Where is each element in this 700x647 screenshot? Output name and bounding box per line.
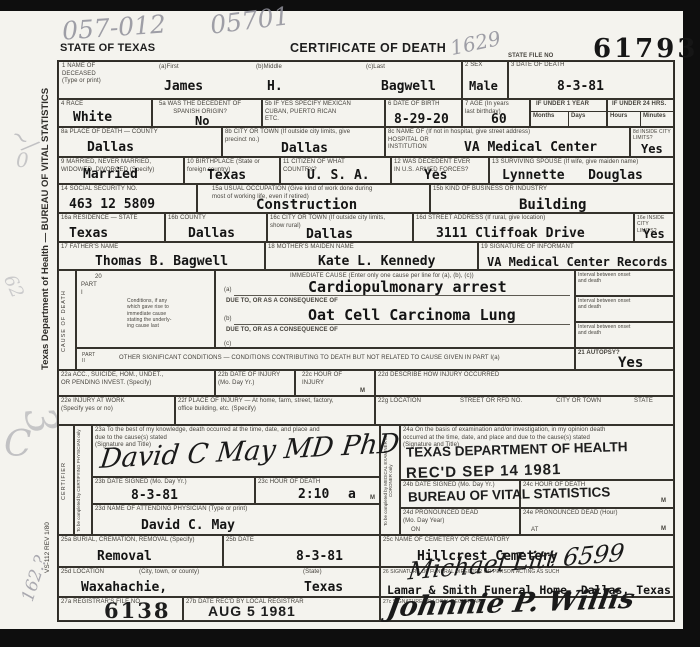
value-middle-name: H.: [267, 79, 283, 94]
field-label: 6 DATE OF BIRTH: [386, 100, 440, 109]
cause-of-death-vertical-label: CAUSE OF DEATH: [61, 275, 73, 367]
line-b-tag: (b): [222, 315, 232, 324]
value-death-city: Dallas: [281, 141, 328, 156]
field-label: 2 SEX: [463, 61, 483, 70]
field-label-days: Days: [568, 112, 606, 126]
field-birthplace: 10 BIRTHPLACE (State or foreign country)…: [184, 157, 280, 184]
value-street-address: 3111 Cliffoak Drive: [436, 226, 585, 241]
field-label-street: STREET OR RFD NO.: [458, 397, 522, 406]
certifying-physician-note: To be completed by CERTIFYING PHYSICIAN …: [76, 428, 91, 534]
field-disposition-date: 25b DATE 8-3-81: [223, 535, 380, 567]
field-label: 22g LOCATION: [376, 397, 421, 406]
part2-cell: PART II OTHER SIGNIFICANT CONDITIONS — C…: [76, 348, 575, 370]
field-label: 8d INSIDE CITY LIMITS?: [631, 128, 671, 142]
field-spanish-origin: 5a WAS THE DECEDENT OF SPANISH ORIGIN? N…: [152, 99, 262, 127]
pencil-annotation: C: [4, 424, 32, 465]
field-label: 23b DATE SIGNED (Mo. Day Yr.): [93, 478, 187, 487]
value-armed-forces: Yes: [424, 168, 447, 183]
cause-line: [234, 295, 570, 296]
field-label: 22b DATE OF INJURY (Mo. Day Yr.): [216, 371, 280, 387]
field-label: 18 MOTHER'S MAIDEN NAME: [266, 243, 354, 252]
field-label: 21 AUTOPSY?: [576, 349, 620, 358]
value-am-pm: a: [348, 487, 356, 502]
field-social-security-no: 14 SOCIAL SECURITY NO. 463 12 5809: [58, 184, 197, 213]
field-injury-at-work: 22e INJURY AT WORK (Specify yes or no): [58, 396, 175, 425]
field-label-state: STATE: [632, 397, 653, 406]
field-label: 25d LOCATION: [59, 568, 104, 577]
value-birthplace: Texas: [207, 168, 246, 183]
interval-cell-b: Interval between onset and death: [575, 296, 674, 322]
certifier-side-strip: CERTIFIER: [58, 425, 74, 535]
field-age: 7 AGE (In years last birthday) 60: [462, 99, 530, 127]
value-underlying-cause: Oat Cell Carcinoma Lung: [308, 306, 516, 324]
cause-line: [234, 324, 570, 325]
value-hospital: VA Medical Center: [464, 140, 597, 155]
interval-label: Interval between onset and death: [576, 297, 631, 311]
field-residence-city: 16c CITY OR TOWN (If outside city limits…: [267, 213, 413, 242]
field-usual-occupation: 15a USUAL OCCUPATION (Give kind of work …: [197, 184, 430, 213]
value-immediate-cause: Cardiopulmonary arrest: [308, 278, 507, 296]
field-label: 1 NAME OF DECEASED (Type or print): [60, 62, 101, 86]
pencil-annotation: 1629: [448, 26, 503, 60]
pencil-annotation: 62: [0, 272, 28, 302]
value-disposition-date: 8-3-81: [296, 549, 343, 564]
field-citizen-of: 11 CITIZEN OF WHAT COUNTRY? U. S. A.: [280, 157, 391, 184]
value-race: White: [73, 110, 112, 125]
field-if-under-1-year: IF UNDER 1 YEAR Months Days: [530, 99, 607, 127]
field-mother-name: 18 MOTHER'S MAIDEN NAME Kate L. Kennedy: [265, 242, 478, 270]
meridiem-mark: M: [659, 497, 666, 506]
certifier-vertical-label: CERTIFIER: [61, 432, 72, 530]
field-label: 22a ACC., SUICIDE, HOM., UNDET., OR PEND…: [59, 371, 163, 387]
part2-text: OTHER SIGNIFICANT CONDITIONS — CONDITION…: [117, 354, 569, 363]
value-residence-city: Dallas: [306, 227, 353, 242]
field-surviving-spouse: 13 SURVIVING SPOUSE (If wife, give maide…: [489, 157, 674, 184]
due-to-label: DUE TO, OR AS A CONSEQUENCE OF: [224, 326, 338, 335]
field-residence-state: 16a RESIDENCE — STATE Texas: [58, 213, 165, 242]
field-name-of-deceased: 1 NAME OF DECEASED (Type or print) (a)Fi…: [58, 60, 462, 99]
meridiem-mark: M: [368, 494, 375, 503]
field-armed-forces: 12 WAS DECEDENT EVER IN U.S. ARMED FORCE…: [391, 157, 489, 184]
field-local-registrar-signature: 27c SIGNATURE OF LOCAL REGISTRAR Johnnie…: [380, 597, 674, 621]
field-label: 25b DATE: [224, 536, 254, 545]
field-manner-of-death: 22a ACC., SUICIDE, HOM., UNDET., OR PEND…: [58, 370, 215, 396]
value-date-signed: 8-3-81: [131, 488, 178, 503]
value-date-of-birth: 8-29-20: [394, 112, 449, 127]
line-a-tag: (a): [222, 286, 232, 295]
field-label-city: CITY OR TOWN: [554, 397, 601, 406]
field-marital-status: 9 MARRIED, NEVER MARRIED, WIDOWED, DIVOR…: [58, 157, 184, 184]
value-marital-status: Married: [83, 167, 138, 182]
value-attending-physician: David C. May: [141, 518, 235, 533]
field-sex: 2 SEX Male: [462, 60, 508, 99]
field-date-received: 27b DATE REC'D BY LOCAL REGISTRAR AUG 5 …: [183, 597, 380, 621]
field-label-minutes: Minutes: [640, 112, 673, 126]
field-date-signed: 23b DATE SIGNED (Mo. Day Yr.) 8-3-81: [92, 477, 255, 504]
interval-label: Interval between onset and death: [576, 323, 631, 337]
field-disposition: 25a BURIAL, CREMATION, REMOVAL (Specify)…: [58, 535, 223, 567]
value-hour-of-death: 2:10: [298, 487, 329, 502]
value-last-name: Bagwell: [381, 79, 436, 94]
value-residence-state: Texas: [69, 226, 108, 241]
field-registrar-file-no: 27a REGISTRAR'S FILE NO. 6138: [58, 597, 183, 621]
field-hospital: 8c NAME OF (If not in hospital, give str…: [385, 127, 630, 157]
field-label: 22f PLACE OF INJURY — At home, farm, str…: [176, 397, 334, 413]
field-attending-physician: 23d NAME OF ATTENDING PHYSICIAN (Type or…: [92, 504, 380, 535]
value-surviving-spouse: Lynnette Douglas: [502, 168, 643, 183]
field-label: 3 DATE OF DEATH: [509, 61, 565, 70]
page-title: CERTIFICATE OF DEATH: [290, 41, 446, 55]
field-label: 4 RACE: [59, 100, 83, 109]
meridiem-mark: M: [659, 525, 666, 534]
field-label: (c)Last: [364, 63, 385, 72]
field-place-of-injury: 22f PLACE OF INJURY — At home, farm, str…: [175, 396, 375, 425]
field-residence-inside-limits: 16e INSIDE CITY LIMITS? Yes: [634, 213, 674, 242]
field-label-months: Months: [531, 112, 568, 126]
field-disposition-location: 25d LOCATION (City, town, or county) (St…: [58, 567, 380, 597]
field-residence-county: 16b COUNTY Dallas: [165, 213, 267, 242]
field-hour-of-injury: 22c HOUR OF INJURY M: [295, 370, 375, 396]
field-label: 24e PRONOUNCED DEAD (Hour): [521, 509, 618, 518]
under-1-year-subcells: Months Days: [531, 111, 606, 126]
cause-part1-cell: 20 PART I Conditions, if any which gave …: [76, 270, 215, 348]
field-how-injury-occurred: 22d DESCRIBE HOW INJURY OCCURRED: [375, 370, 674, 396]
state-header: STATE OF TEXAS: [60, 42, 155, 54]
field-hour-of-death: 23c HOUR OF DEATH 2:10 a M: [255, 477, 380, 504]
value-father-name: Thomas B. Bagwell: [95, 254, 228, 269]
field-date-of-birth: 6 DATE OF BIRTH 8-29-20: [385, 99, 462, 127]
certifying-physician-strip: To be completed by CERTIFYING PHYSICIAN …: [74, 425, 92, 535]
value-death-inside-limits: Yes: [641, 142, 663, 156]
value-death-county: Dallas: [87, 140, 134, 155]
pencil-annotation: 0: [16, 148, 29, 172]
cause-of-death-side-strip: CAUSE OF DEATH: [58, 270, 76, 370]
field-informant: 19 SIGNATURE OF INFORMANT VA Medical Cen…: [478, 242, 674, 270]
value-residence-inside-limits: Yes: [643, 227, 665, 241]
field-place-of-death-county: 8a PLACE OF DEATH — COUNTY Dallas: [58, 127, 222, 157]
field-specify-origin: 5b IF YES SPECIFY MEXICAN CUBAN, PUERTO …: [262, 99, 385, 127]
field-father-name: 17 FATHER'S NAME Thomas B. Bagwell: [58, 242, 265, 270]
value-ssn: 463 12 5809: [69, 197, 155, 212]
value-sex: Male: [469, 79, 498, 93]
field-autopsy: 21 AUTOPSY? Yes: [575, 348, 674, 370]
value-date-of-death: 8-3-81: [557, 79, 604, 94]
on-label: ON: [409, 526, 420, 535]
field-death-inside-city-limits: 8d INSIDE CITY LIMITS? Yes: [630, 127, 674, 157]
meridiem-mark: M: [358, 387, 365, 396]
due-to-label: DUE TO, OR AS A CONSEQUENCE OF: [224, 297, 338, 306]
value-residence-county: Dallas: [188, 226, 235, 241]
death-certificate-scan: 057-012 05701 1629 ~/ 0 62 3 C 162.? Tex…: [0, 0, 700, 647]
field-label-state-note: (State): [301, 568, 322, 577]
field-place-of-death-city: 8b CITY OR TOWN (If outside city limits,…: [222, 127, 385, 157]
conditions-note: Conditions, if any which gave rise to im…: [125, 297, 213, 329]
field-if-under-24-hrs: IF UNDER 24 HRS. Hours Minutes: [607, 99, 674, 127]
interval-cell-a: Interval between onset and death: [575, 270, 674, 296]
scan-edge-right: [683, 0, 700, 647]
field-pronounced-dead-date: 24d PRONOUNCED DEAD (Mo. Day Year) ON: [400, 508, 520, 535]
scan-edge-top: [0, 0, 700, 11]
field-label: IF UNDER 24 HRS.: [610, 100, 666, 109]
form-code: VS-112 REV 1/80: [44, 492, 54, 604]
field-label: 15b KIND OF BUSINESS OR INDUSTRY: [431, 185, 547, 194]
value-spanish-origin: No: [195, 114, 209, 128]
field-label: 13 SURVIVING SPOUSE (If wife, give maide…: [490, 158, 638, 167]
pencil-annotation: 057-012: [61, 9, 167, 45]
field-label: 22c HOUR OF INJURY: [300, 371, 342, 387]
field-pronounced-dead-hour: 24e PRONOUNCED DEAD (Hour) AT M: [520, 508, 674, 535]
value-disposition: Removal: [97, 549, 152, 564]
field-label-hours: Hours: [608, 112, 640, 126]
field-label: 22d DESCRIBE HOW INJURY OCCURRED: [376, 371, 499, 380]
under-24-hrs-subcells: Hours Minutes: [608, 111, 673, 126]
field-injury-location: 22g LOCATION STREET OR RFD NO. CITY OR T…: [375, 396, 674, 425]
cause-main-cell: IMMEDIATE CAUSE (Enter only one cause pe…: [215, 270, 575, 348]
value-occupation: Construction: [256, 197, 357, 213]
at-label: AT: [529, 526, 538, 535]
field-label: 25a BURIAL, CREMATION, REMOVAL (Specify): [59, 536, 195, 545]
value-location-city: Waxahachie,: [81, 580, 167, 595]
field-label: 23c HOUR OF DEATH: [256, 478, 320, 487]
part1-label: PART I: [79, 281, 97, 297]
interval-cell-c: Interval between onset and death: [575, 322, 674, 348]
field-label: (a)First: [157, 63, 179, 72]
field-label: 16a RESIDENCE — STATE: [59, 214, 138, 223]
value-first-name: James: [164, 79, 203, 94]
scan-edge-bottom: [0, 629, 700, 647]
value-location-state: Texas: [304, 580, 343, 595]
value-age: 60: [491, 112, 507, 127]
field-street-address: 16d STREET ADDRESS (If rural, give locat…: [413, 213, 634, 242]
field-label: 14 SOCIAL SECURITY NO.: [59, 185, 138, 194]
field-label: 19 SIGNATURE OF INFORMANT: [479, 243, 574, 252]
field-label: 8a PLACE OF DEATH — COUNTY: [59, 128, 158, 137]
field-label: 25c NAME OF CEMETERY OR CREMATORY: [381, 536, 510, 545]
field-date-of-death: 3 DATE OF DEATH 8-3-81: [508, 60, 674, 99]
interval-label: Interval between onset and death: [576, 271, 631, 285]
field-business-industry: 15b KIND OF BUSINESS OR INDUSTRY Buildin…: [430, 184, 674, 213]
part2-label: PART II: [80, 351, 95, 365]
field-label: 17 FATHER'S NAME: [59, 243, 118, 252]
field-label: 5b IF YES SPECIFY MEXICAN CUBAN, PUERTO …: [263, 100, 351, 124]
sidebar-agency-title: Texas Department of Health — BUREAU OF V…: [40, 56, 56, 401]
field-label: 23d NAME OF ATTENDING PHYSICIAN (Type or…: [93, 505, 247, 514]
field-race: 4 RACE White: [58, 99, 152, 127]
field-label: (b)Middle: [254, 63, 282, 72]
field-label: 24d PRONOUNCED DEAD (Mo. Day Year): [401, 509, 478, 525]
field-label: 16b COUNTY: [166, 214, 206, 223]
field-label: 16d STREET ADDRESS (If rural, give locat…: [414, 214, 545, 223]
value-citizenship: U. S. A.: [307, 168, 370, 183]
value-mother-name: Kate L. Kennedy: [318, 254, 435, 269]
field-date-of-injury: 22b DATE OF INJURY (Mo. Day Yr.): [215, 370, 295, 396]
field-label-city-note: (City, town, or county): [137, 568, 199, 577]
value-date-received-stamp: AUG 5 1981: [208, 603, 296, 619]
field-label: 22e INJURY AT WORK (Specify yes or no): [59, 397, 125, 413]
value-autopsy: Yes: [618, 355, 643, 371]
field-label: IF UNDER 1 YEAR: [534, 100, 589, 109]
value-industry: Building: [519, 197, 586, 213]
value-informant: VA Medical Center Records: [487, 255, 668, 269]
value-registrar-file-no: 6138: [104, 598, 170, 623]
